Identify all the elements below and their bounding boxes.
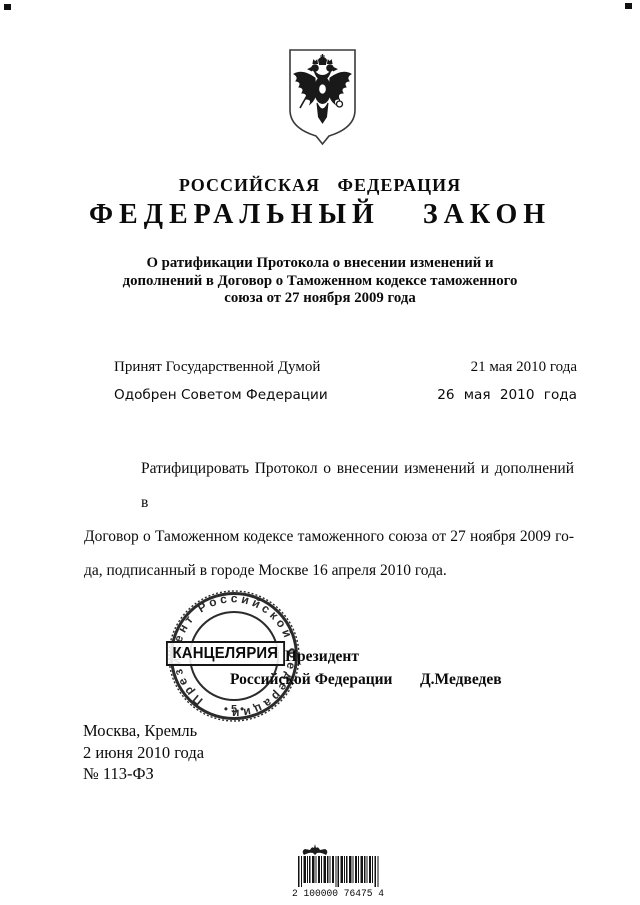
law-body: Ратифицировать Протокол о внесении измен… xyxy=(84,452,574,588)
law-body-line: да, подписанный в городе Москве 16 апрел… xyxy=(84,554,574,588)
barcode-digits: 2 100000 76475 4 xyxy=(292,889,384,898)
country-name: РОССИЙСКАЯ ФЕДЕРАЦИЯ xyxy=(0,175,640,196)
barcode: 2 100000 76475 4 xyxy=(290,854,386,898)
scan-registration-mark xyxy=(4,4,11,10)
law-title-line: дополнений в Договор о Таможенном кодекс… xyxy=(95,273,545,291)
issue-place: Москва, Кремль xyxy=(83,720,204,742)
signatory-title-line: Президент xyxy=(285,648,359,666)
adoption-row-council: Одобрен Советом Федерации 26 мая 2010 го… xyxy=(114,387,577,407)
adoption-label: Одобрен Советом Федерации xyxy=(114,387,328,407)
adoption-block: Принят Государственной Думой 21 мая 2010… xyxy=(114,359,577,407)
signatory-name: Д.Медведев xyxy=(420,671,502,689)
scanned-law-page: РОССИЙСКАЯ ФЕДЕРАЦИЯ ФЕДЕРАЛЬНЫЙ ЗАКОН О… xyxy=(0,0,640,905)
issue-block: Москва, Кремль 2 июня 2010 года № 113-ФЗ xyxy=(83,720,204,785)
adoption-date: 21 мая 2010 года xyxy=(471,359,577,379)
stamp-center-label: КАНЦЕЛЯРИЯ xyxy=(166,641,285,666)
adoption-date: 26 мая 2010 года xyxy=(437,387,577,407)
adoption-label: Принят Государственной Думой xyxy=(114,359,320,379)
adoption-row-duma: Принят Государственной Думой 21 мая 2010… xyxy=(114,359,577,379)
signatory-title-line: Российской Федерации xyxy=(230,671,393,689)
issue-date: 2 июня 2010 года xyxy=(83,742,204,764)
law-number: № 113-ФЗ xyxy=(83,763,204,785)
law-body-line: Договор о Таможенном кодексе таможенного… xyxy=(84,520,574,554)
stamp-number-mark: • 5 • xyxy=(224,704,244,716)
law-type-heading: ФЕДЕРАЛЬНЫЙ ЗАКОН xyxy=(0,199,640,231)
scan-registration-mark xyxy=(625,3,632,9)
law-title-line: О ратификации Протокола о внесении измен… xyxy=(95,255,545,273)
law-body-line: Ратифицировать Протокол о внесении измен… xyxy=(84,452,574,520)
law-title-line: союза от 27 ноября 2009 года xyxy=(95,290,545,308)
coat-of-arms-icon xyxy=(287,47,358,148)
law-title: О ратификации Протокола о внесении измен… xyxy=(95,255,545,308)
